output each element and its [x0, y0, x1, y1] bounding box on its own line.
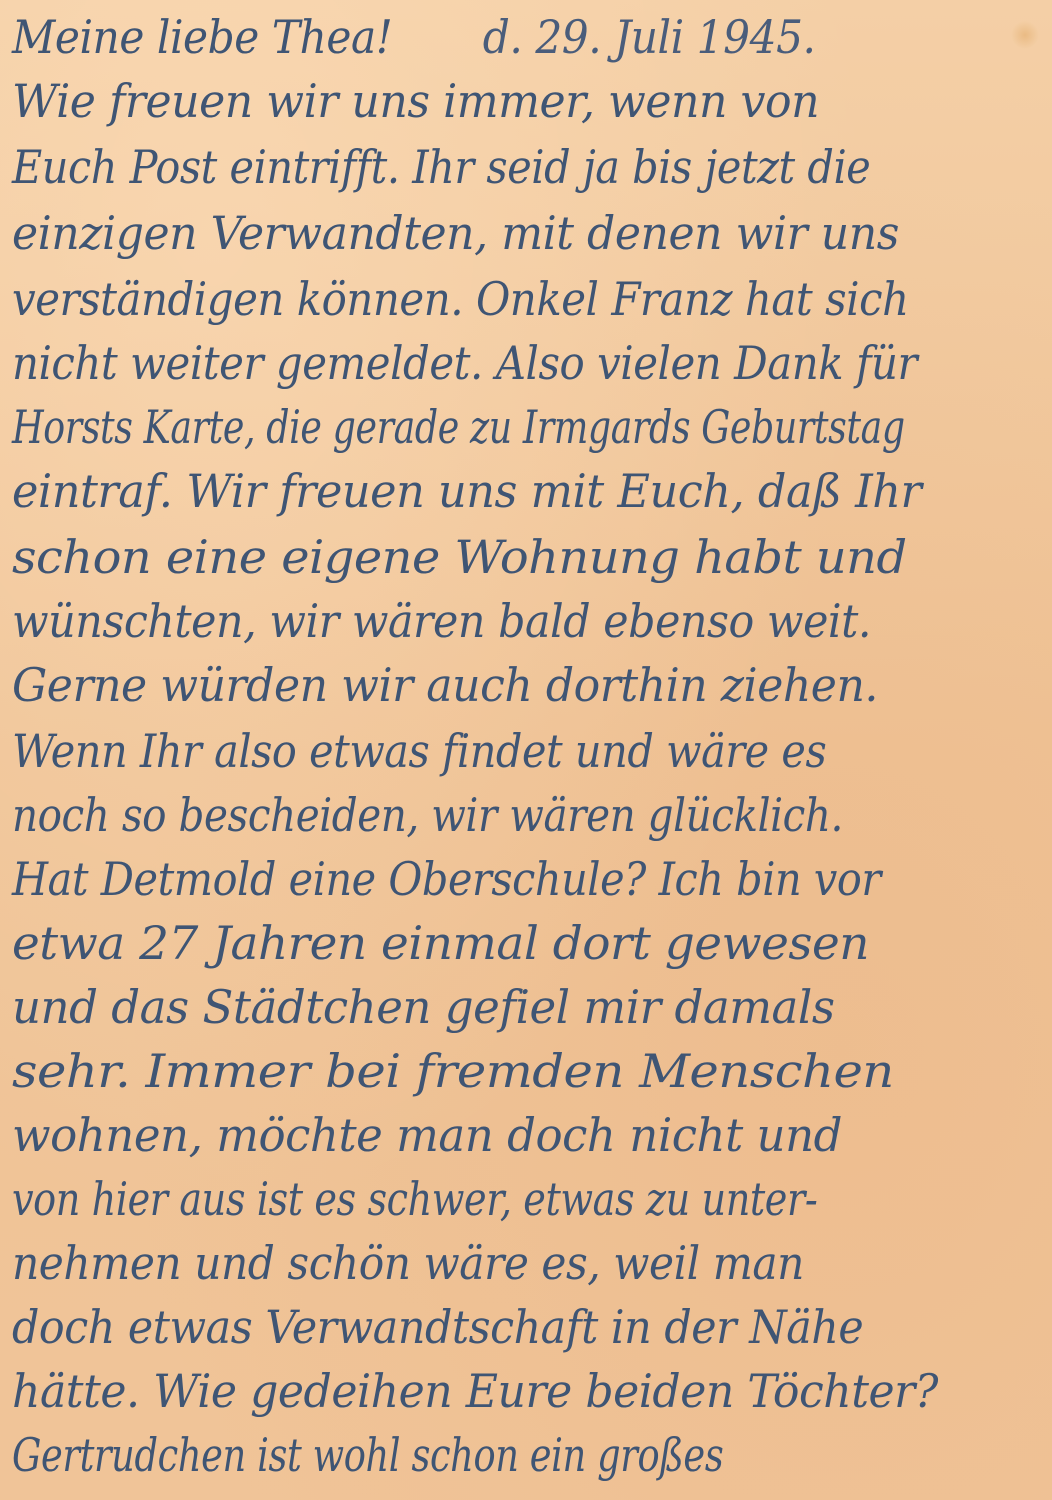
letter-line-12: noch so bescheiden, wir wären glücklich.	[12, 792, 843, 838]
letter-line-3: einzigen Verwandten, mit denen wir uns	[12, 210, 899, 256]
letter-line-4: verständigen können. Onkel Franz hat sic…	[12, 276, 909, 322]
letter-line-21: hätte. Wie gedeihen Eure beiden Töchter?	[12, 1368, 938, 1414]
letter-line-2: Euch Post eintrifft. Ihr seid ja bis jet…	[12, 144, 870, 190]
letter-line-7: eintraf. Wir freuen uns mit Euch, daß Ih…	[12, 468, 921, 514]
letter-line-18: von hier aus ist es schwer, etwas zu unt…	[12, 1176, 817, 1222]
letter-line-5: nicht weiter gemeldet. Also vielen Dank …	[12, 340, 917, 386]
letter-line-16-text: sehr. Immer bei fremden Menschen	[12, 1044, 894, 1098]
letter-line-8: schon eine eigene Wohnung habt und	[12, 534, 907, 580]
letter-line-16: sehr. Immer bei fremden Menschen	[12, 1048, 894, 1094]
letter-line-22: Gertrudchen ist wohl schon ein großes	[12, 1432, 723, 1478]
letter-page: Meine liebe Thea! d. 29. Juli 1945. Wie …	[0, 0, 1052, 1500]
letter-line-20: doch etwas Verwandtschaft in der Nähe	[12, 1304, 863, 1350]
letter-line-13: Hat Detmold eine Oberschule? Ich bin vor	[12, 856, 881, 902]
letter-line-10: Gerne würden wir auch dorthin ziehen.	[12, 662, 878, 708]
letter-line-14: etwa 27 Jahren einmal dort gewesen	[12, 920, 869, 966]
letter-line-1: Wie freuen wir uns immer, wenn von	[12, 78, 819, 124]
letter-date: d. 29. Juli 1945.	[483, 10, 816, 64]
letter-line-11: Wenn Ihr also etwas findet und wäre es	[12, 728, 826, 774]
letter-line-15: und das Städtchen gefiel mir damals	[12, 984, 834, 1030]
letter-line-19: nehmen und schön wäre es, weil man	[12, 1240, 804, 1286]
letter-line-6: Horsts Karte, die gerade zu Irmgards Geb…	[12, 404, 905, 450]
letter-line-9: wünschten, wir wären bald ebenso weit.	[12, 598, 871, 644]
letter-line-17: wohnen, möchte man doch nicht und	[12, 1112, 842, 1158]
salutation: Meine liebe Thea!	[12, 10, 392, 64]
letter-header: Meine liebe Thea! d. 29. Juli 1945.	[12, 14, 816, 60]
